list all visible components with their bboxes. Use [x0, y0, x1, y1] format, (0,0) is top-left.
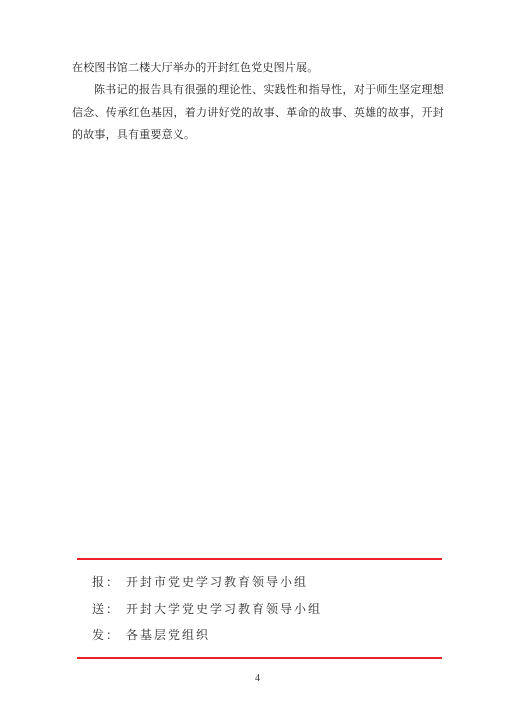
document-page: 在校图书馆二楼大厅举办的开封红色党史图片展。 陈书记的报告具有很强的理论性、实践…: [0, 0, 515, 727]
paragraph-continuation: 在校图书馆二楼大厅举办的开封红色党史图片展。: [72, 57, 444, 79]
distribution-row-fa: 发：各基层党组织: [92, 622, 442, 649]
body-text-block: 在校图书馆二楼大厅举办的开封红色党史图片展。 陈书记的报告具有很强的理论性、实践…: [72, 57, 444, 147]
paragraph-report-significance: 陈书记的报告具有很强的理论性、实践性和指导性，对于师生坚定理想信念、传承红色基因…: [72, 79, 444, 146]
distribution-label: 送：: [92, 602, 120, 616]
distribution-label: 发：: [92, 628, 120, 642]
distribution-value: 开封市党史学习教育领导小组: [126, 575, 308, 589]
page-number: 4: [0, 673, 515, 684]
distribution-list-block: 报：开封市党史学习教育领导小组 送：开封大学党史学习教育领导小组 发：各基层党组…: [77, 558, 442, 659]
distribution-row-song: 送：开封大学党史学习教育领导小组: [92, 596, 442, 623]
distribution-row-bao: 报：开封市党史学习教育领导小组: [92, 569, 442, 596]
distribution-label: 报：: [92, 575, 120, 589]
distribution-value: 开封大学党史学习教育领导小组: [126, 602, 322, 616]
distribution-value: 各基层党组织: [126, 628, 210, 642]
